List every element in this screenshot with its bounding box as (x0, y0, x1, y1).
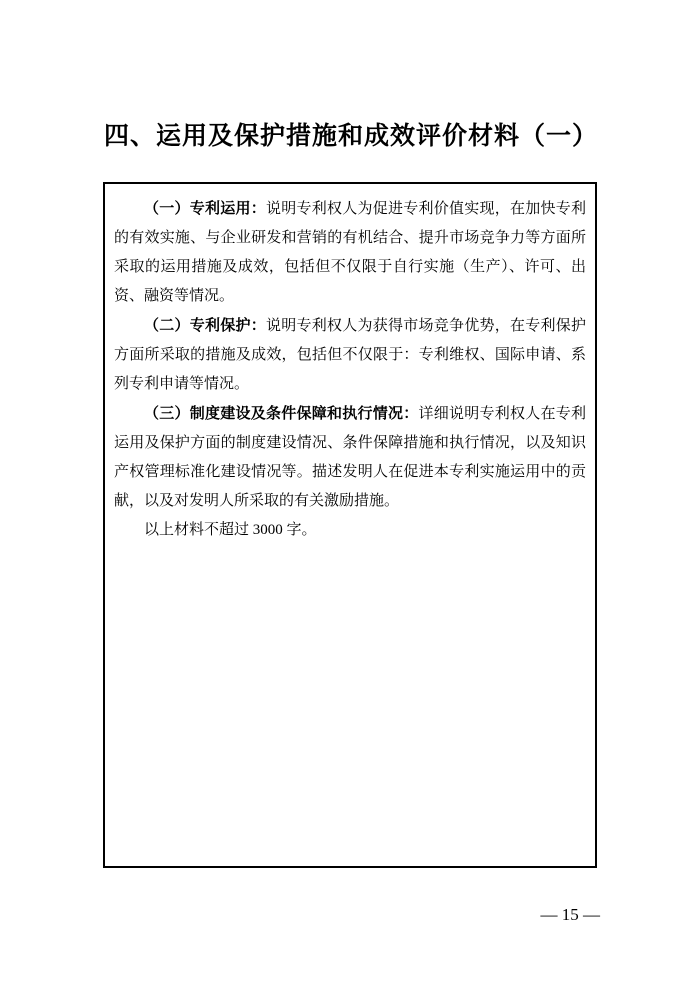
paragraph-label-system-building: （三）制度建设及条件保障和执行情况： (144, 405, 418, 422)
paragraph-system-building: （三）制度建设及条件保障和执行情况：详细说明专利权人在专利运用及保护方面的制度建… (114, 399, 586, 516)
document-page: { "page": { "title": "四、运用及保护措施和成效评价材料（一… (0, 0, 700, 990)
paragraph-patent-protection: （二）专利保护：说明专利权人为获得市场竞争优势，在专利保护方面所采取的措施及成效… (114, 311, 586, 399)
paragraph-label-patent-utilization: （一）专利运用： (144, 200, 266, 217)
paragraph-text-word-limit: 以上材料不超过 3000 字。 (144, 522, 317, 538)
content-box: （一）专利运用：说明专利权人为促进专利价值实现，在加快专利的有效实施、与企业研发… (103, 182, 597, 868)
page-number: — 15 — (541, 905, 601, 925)
paragraph-patent-utilization: （一）专利运用：说明专利权人为促进专利价值实现，在加快专利的有效实施、与企业研发… (114, 194, 586, 311)
page-title: 四、运用及保护措施和成效评价材料（一） (104, 116, 598, 152)
paragraph-label-patent-protection: （二）专利保护： (144, 317, 266, 334)
paragraph-word-limit: 以上材料不超过 3000 字。 (114, 516, 586, 545)
